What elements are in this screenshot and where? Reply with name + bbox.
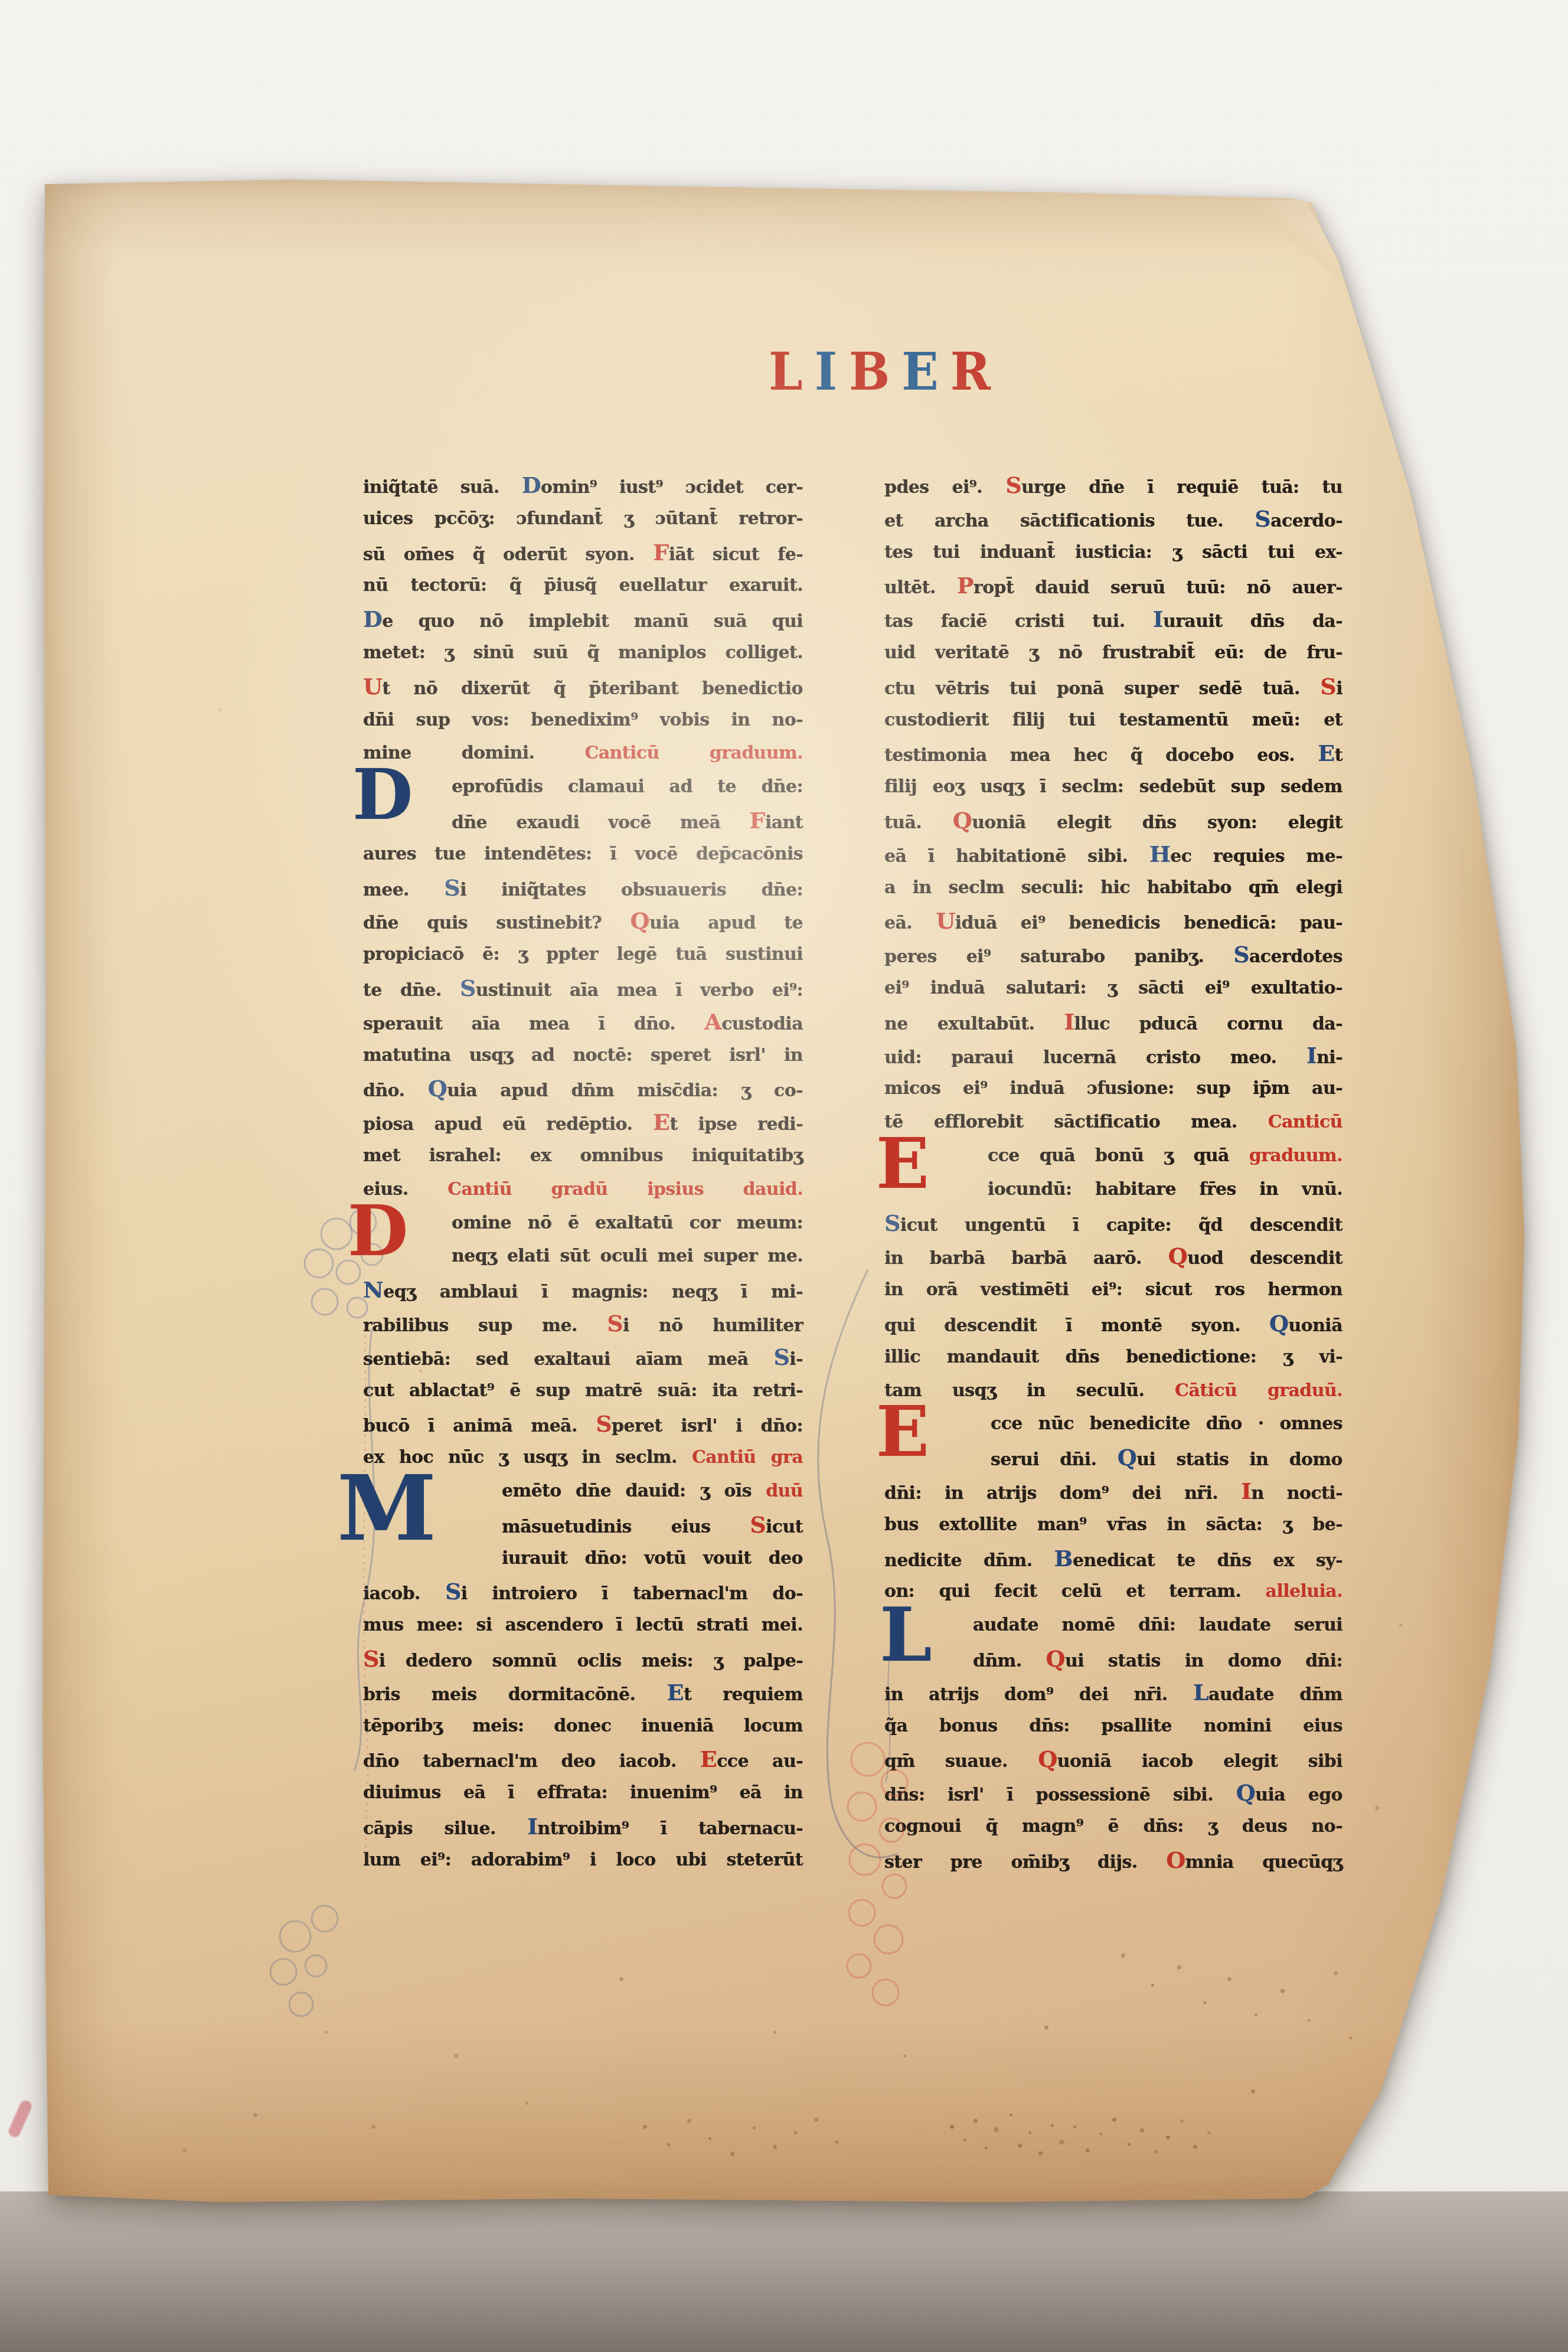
- text-segment: filij eoʒ usqʒ ī seclm: sedebūt sup sede…: [884, 776, 1342, 797]
- text-line: uid veritatē ʒ nō frustrabit̄ eū: de fru…: [884, 636, 1342, 669]
- text-segment: icut ungentū ī capite: q̃d descendit: [900, 1215, 1342, 1236]
- lombard-capital: I: [1241, 1478, 1251, 1504]
- text-segment: ne exultabūt.: [884, 1014, 1064, 1034]
- manuscript-leaf: LIBER iniq̃tatē suā. Domin⁹ iust⁹ ɔcidet…: [41, 177, 1526, 2203]
- rubric-text: Canticū graduum.: [584, 743, 803, 763]
- text-segment: uod descendit: [1187, 1248, 1342, 1269]
- text-segment: ui statis in domo: [1136, 1449, 1342, 1470]
- page-title: Printed Bible leaf — Liber Psalmorum (Ps…: [0, 0, 1, 1]
- lombard-capital: P: [957, 572, 974, 599]
- text-line: mee. Si iniq̃tates obsuaueris dn̄e:: [363, 871, 803, 904]
- text-segment: custodia: [721, 1014, 803, 1034]
- foxing-spots: [41, 177, 44, 180]
- text-line: aures tue intendētes: ī vocē dep̄cacōnis: [363, 837, 803, 871]
- text-segment: rabilibus sup me.: [363, 1315, 607, 1336]
- lombard-capital: S: [444, 874, 460, 901]
- text-segment: audate nomē dn̄i: laudate serui: [973, 1615, 1342, 1635]
- text-segment: eprofūdis clamaui ad te dn̄e:: [452, 776, 803, 797]
- lombard-capital: N: [363, 1276, 383, 1303]
- text-line: dn̄s: isrl' ī possessionē sibi. Quia ego: [884, 1776, 1342, 1809]
- lombard-capital: S: [363, 1645, 379, 1672]
- text-segment: ei⁹ induā salutari: ʒ sācti ei⁹ exultati…: [884, 978, 1342, 998]
- text-line: a in seclm seculi: hic habitabo qm̄ eleg…: [884, 871, 1342, 904]
- text-segment: eqʒ amblaui ī magnis: neqʒ ī mi-: [383, 1282, 803, 1302]
- text-line: sentiebā: sed exaltaui aīam meā Si-: [363, 1340, 803, 1374]
- text-line: piosa apud eū redēptio. Et ipse redi-: [363, 1105, 803, 1139]
- text-segment: iniq̃tatē suā.: [363, 477, 522, 498]
- rubric-text: Cāticū graduū.: [1175, 1380, 1342, 1401]
- lombard-capital: E: [653, 1109, 669, 1135]
- text-segment: ni-: [1317, 1047, 1342, 1068]
- text-segment: te dn̄e.: [363, 980, 460, 1001]
- lombard-capital: Q: [1038, 1746, 1057, 1772]
- text-line: on: qui fecit celū et terram. alleluia.: [884, 1574, 1342, 1608]
- text-segment: cce au-: [717, 1751, 803, 1772]
- rubric-text: Cantiū gradū ipsius dauid.: [447, 1179, 803, 1200]
- rubric-text: graduum.: [1249, 1145, 1342, 1166]
- text-line: ne exultabūt. Illuc pducā cornu da-: [884, 1005, 1342, 1038]
- rubric-text: Canticū: [1268, 1112, 1342, 1132]
- text-segment: eā ī habitationē sibi.: [884, 846, 1149, 867]
- lombard-capital: L: [1193, 1679, 1208, 1706]
- versal-initial-E: E: [876, 1403, 929, 1461]
- text-line: neqʒ elati sūt oculi mei super me.: [363, 1239, 803, 1273]
- text-segment: matutina usqʒ ad noctē: speret isrl' in: [363, 1045, 803, 1066]
- text-segment: mnia quecūqʒ: [1185, 1852, 1342, 1873]
- lombard-capital: F: [653, 539, 668, 566]
- text-segment: peret isrl' i dn̄o:: [612, 1416, 803, 1436]
- text-segment: omine nō ē exaltatū cor meum:: [452, 1213, 803, 1233]
- text-line: testimonia mea hec q̃ docebo eos. Et: [884, 736, 1342, 770]
- text-line: propiciacō ē: ʒ ppter legē tuā sustinui: [363, 937, 803, 971]
- text-segment: eā.: [884, 913, 936, 933]
- text-segment: iurauit dn̄o: votū vouit deo: [502, 1548, 803, 1569]
- text-line: nū tectorū: q̃ p̄iusq̃ euellatur exaruit…: [363, 569, 803, 602]
- text-segment: cāpis silue.: [363, 1818, 527, 1839]
- text-line: dn̄o tabernacl'm deo iacob. Ecce au-: [363, 1742, 803, 1776]
- text-line: qui descendit ī montē syon. Quoniā: [884, 1306, 1342, 1340]
- text-segment: diuimus eā ī effrata: inuenim⁹ eā in: [363, 1782, 803, 1803]
- text-segment: propiciacō ē: ʒ ppter legē tuā sustinui: [363, 944, 803, 965]
- text-line: De quo nō implebit manū suā qui: [363, 602, 803, 636]
- text-line: Ut nō dixerūt q̃ p̄teribant benedictio: [363, 669, 803, 703]
- text-line: dn̄e exaudi vocē meā Fiant: [363, 803, 803, 837]
- text-segment: uia apud te: [649, 913, 803, 933]
- text-segment: tas faciē cristi tui.: [884, 611, 1153, 632]
- lombard-capital: S: [750, 1511, 766, 1538]
- text-line: tam usqʒ in seculū. Cāticū graduū.: [884, 1374, 1342, 1407]
- text-segment: ropt̄ dauid seruū tuū: nō auer-: [974, 577, 1342, 598]
- text-segment: in orā vestimēti ei⁹: sicut ros hermon: [884, 1279, 1342, 1300]
- text-line: diuimus eā ī effrata: inuenim⁹ eā in: [363, 1776, 803, 1809]
- lombard-capital: Q: [1269, 1310, 1289, 1337]
- lombard-capital: I: [1306, 1042, 1317, 1069]
- lombard-capital: Q: [1168, 1243, 1188, 1269]
- text-segment: neqʒ elati sūt oculi mei super me.: [452, 1246, 803, 1266]
- versal-initial-E: E: [876, 1135, 929, 1193]
- text-line: micos ei⁹ induā ɔfusione: sup ip̄m au-: [884, 1072, 1342, 1105]
- text-segment: dn̄m.: [973, 1651, 1046, 1671]
- lombard-capital: Q: [953, 807, 972, 834]
- text-segment: et archa sāctificationis tue.: [884, 511, 1255, 531]
- text-line: serui dn̄i. Qui statis in domo: [884, 1440, 1342, 1474]
- rubric-text: duū: [766, 1481, 803, 1501]
- text-line: tēporibʒ meis: donec inueniā locum: [363, 1709, 803, 1743]
- text-segment: mee.: [363, 880, 444, 900]
- lombard-capital: S: [1255, 505, 1270, 532]
- photograph-of-bible-leaf: Printed Bible leaf — Liber Psalmorum (Ps…: [0, 0, 1568, 2352]
- text-segment: enedicat te dn̄s ex sy-: [1073, 1550, 1342, 1571]
- text-segment: cognoui q̄ magn⁹ ē dn̄s: ʒ deus no-: [884, 1816, 1342, 1837]
- text-segment: ultēt.: [884, 577, 957, 598]
- text-segment: audate dn̄m: [1208, 1684, 1342, 1705]
- text-segment: t nō dixerūt q̃ p̄teribant benedictio: [383, 678, 803, 699]
- text-segment: iant: [765, 812, 803, 833]
- text-line: audate nomē dn̄i: laudate serui: [884, 1608, 1342, 1642]
- text-segment: aures tue intendētes: ī vocē dep̄cacōnis: [363, 844, 803, 864]
- text-line: pdes ei⁹. Surge dn̄e ī requiē tuā: tu: [884, 468, 1342, 502]
- text-segment: dn̄s: isrl' ī possessionē sibi.: [884, 1785, 1236, 1805]
- text-segment: i iniq̃tates obsuaueris dn̄e:: [460, 880, 803, 900]
- text-segment: dn̄o.: [363, 1080, 428, 1101]
- text-segment: nedicite dn̄m.: [884, 1550, 1054, 1571]
- lombard-capital: E: [700, 1746, 717, 1772]
- text-segment: testimonia mea hec q̃ docebo eos.: [884, 745, 1318, 766]
- text-line: et archa sāctificationis tue. Sacerdo-: [884, 502, 1342, 535]
- lombard-capital: S: [884, 1210, 900, 1236]
- text-line: tē efflorebit sāctificatio mea. Canticū: [884, 1105, 1342, 1139]
- text-segment: metet: ʒ sinū suū q̃ maniplos colliget.: [363, 642, 803, 663]
- text-segment: uoniā iacob elegit sibi: [1057, 1751, 1342, 1772]
- text-segment: t requiem: [684, 1684, 803, 1705]
- lombard-capital: I: [527, 1813, 537, 1840]
- text-segment: mus mee: si ascendero ī lectū strati mei…: [363, 1615, 803, 1635]
- text-segment: qui descendit ī montē syon.: [884, 1315, 1269, 1336]
- text-segment: n nocti-: [1252, 1483, 1343, 1504]
- text-segment: māsuetudinis eius: [502, 1517, 750, 1537]
- text-segment: iacob.: [363, 1583, 445, 1604]
- column-left: iniq̃tatē suā. Domin⁹ iust⁹ ɔcidet cer-u…: [363, 468, 803, 1882]
- text-line: bris meis dormitacōnē. Et requiem: [363, 1675, 803, 1709]
- text-line: ultēt. Propt̄ dauid seruū tuū: nō auer-: [884, 569, 1342, 602]
- text-segment: i nō humiliter: [623, 1315, 803, 1336]
- text-segment: peres ei⁹ saturabo panibʒ.: [884, 946, 1233, 967]
- text-line: Sicut ungentū ī capite: q̃d descendit: [884, 1206, 1342, 1240]
- text-segment: dn̄i: in atrijs dom⁹ dei nr̄i.: [884, 1483, 1241, 1504]
- text-line: tes tui induant̄ iusticia: ʒ sācti tui e…: [884, 535, 1342, 569]
- text-segment: tē efflorebit sāctificatio mea.: [884, 1112, 1268, 1132]
- text-segment: bucō ī animā meā.: [363, 1416, 596, 1436]
- text-segment: nū tectorū: q̃ p̄iusq̃ euellatur exaruit…: [363, 575, 803, 596]
- text-line: iniq̃tatē suā. Domin⁹ iust⁹ ɔcidet cer-: [363, 468, 803, 502]
- text-line: cce nūc benedicite dn̄o · omnes: [884, 1407, 1342, 1440]
- text-segment: met israhel: ex omnibus iniquitatibʒ: [363, 1145, 803, 1166]
- text-segment: i introiero ī tabernacl'm do-: [461, 1583, 803, 1604]
- lombard-capital: S: [596, 1410, 612, 1437]
- lombard-capital: D: [363, 606, 382, 632]
- text-line: omine nō ē exaltatū cor meum:: [363, 1206, 803, 1240]
- text-segment: dn̄o tabernacl'm deo iacob.: [363, 1751, 700, 1772]
- text-line: sperauit aīa mea ī dn̄o. Acustodia: [363, 1005, 803, 1038]
- text-line: ctu vētris tui ponā super sedē tuā. Si: [884, 669, 1342, 703]
- lombard-capital: H: [1149, 841, 1170, 867]
- text-segment: cut ablactat⁹ ē sup matrē suā: ita retri…: [363, 1380, 803, 1401]
- lombard-capital: Q: [631, 907, 650, 934]
- text-segment: cce nūc benedicite dn̄o · omnes: [991, 1413, 1342, 1434]
- text-segment: i: [1336, 678, 1342, 699]
- text-segment: micos ei⁹ induā ɔfusione: sup ip̄m au-: [884, 1078, 1342, 1099]
- header-letter: R: [950, 341, 1002, 403]
- text-segment: illic mandauit dn̄s benedictione: ʒ vi-: [884, 1347, 1342, 1367]
- text-segment: iāt sicut fe-: [669, 544, 803, 565]
- text-line: met israhel: ex omnibus iniquitatibʒ: [363, 1139, 803, 1172]
- text-line: Si dedero somnū oclis meis: ʒ palpe-: [363, 1642, 803, 1675]
- lombard-capital: B: [1054, 1545, 1073, 1572]
- lombard-capital: U: [936, 907, 955, 934]
- text-segment: i-: [789, 1349, 803, 1370]
- text-segment: e quo nō implebit manū suā qui: [382, 611, 803, 632]
- running-title: LIBER: [679, 344, 1092, 400]
- text-segment: serui dn̄i.: [991, 1449, 1118, 1470]
- text-segment: in barbā barbā aarō.: [884, 1248, 1168, 1269]
- text-segment: iduā ei⁹ benedicis benedicā: pau-: [955, 913, 1342, 933]
- text-segment: piosa apud eū redēptio.: [363, 1114, 653, 1135]
- lombard-capital: Q: [1046, 1645, 1066, 1672]
- text-segment: a in seclm seculi: hic habitabo qm̄ eleg…: [884, 877, 1342, 898]
- lombard-capital: Q: [1236, 1779, 1256, 1806]
- text-line: dn̄o. Quia apud dn̄m misc̄dia: ʒ co-: [363, 1072, 803, 1105]
- text-line: eā ī habitationē sibi. Hec requies me-: [884, 837, 1342, 871]
- lombard-capital: I: [1153, 606, 1163, 632]
- text-segment: emēto dn̄e dauid: ʒ oīs: [502, 1481, 766, 1501]
- lombard-capital: S: [445, 1578, 461, 1605]
- text-line: Neqʒ amblaui ī magnis: neqʒ ī mi-: [363, 1273, 803, 1306]
- text-segment: custodierit filij tui testamentū meū: et: [884, 710, 1342, 730]
- text-line: q̃a bonus dn̄s: psallite nomini eius: [884, 1709, 1342, 1743]
- text-segment: ec requies me-: [1170, 846, 1342, 867]
- text-line: ei⁹ induā salutari: ʒ sācti ei⁹ exultati…: [884, 971, 1342, 1005]
- text-line: dn̄m. Qui statis in domo dn̄i:: [884, 1642, 1342, 1675]
- text-line: uices pcc̄ōʒ: ɔfundant̄ ʒ ɔūtant̄ retror…: [363, 502, 803, 535]
- text-line: custodierit filij tui testamentū meū: et: [884, 703, 1342, 737]
- text-line: matutina usqʒ ad noctē: speret isrl' in: [363, 1038, 803, 1072]
- text-segment: tēporibʒ meis: donec inueniā locum: [363, 1716, 803, 1736]
- text-line: bus extollite man⁹ vr̄as in sācta: ʒ be-: [884, 1508, 1342, 1541]
- lombard-capital: S: [607, 1310, 623, 1337]
- lombard-capital: I: [1064, 1008, 1074, 1035]
- lombard-capital: E: [667, 1679, 684, 1706]
- lombard-capital: F: [750, 807, 765, 834]
- text-line: filij eoʒ usqʒ ī seclm: sedebūt sup sede…: [884, 770, 1342, 803]
- text-segment: acerdo-: [1270, 511, 1342, 531]
- text-segment: uoniā: [1289, 1315, 1342, 1336]
- corner-fold: [1234, 195, 1358, 301]
- text-segment: dn̄e quis sustinebit?: [363, 913, 631, 933]
- lombard-capital: S: [1320, 673, 1336, 700]
- lombard-capital: E: [1318, 740, 1334, 766]
- text-segment: ntroibim⁹ ī tabernacu-: [538, 1818, 803, 1839]
- text-segment: acerdotes: [1249, 946, 1342, 967]
- text-segment: bus extollite man⁹ vr̄as in sācta: ʒ be-: [884, 1514, 1342, 1535]
- text-segment: uid veritatē ʒ nō frustrabit̄ eū: de fru…: [884, 642, 1342, 663]
- lombard-capital: S: [774, 1344, 790, 1370]
- versal-initial-L: L: [880, 1605, 932, 1665]
- text-line: tuā. Quoniā elegit dn̄s syon: elegit: [884, 803, 1342, 837]
- text-line: illic mandauit dn̄s benedictione: ʒ vi-: [884, 1340, 1342, 1374]
- text-segment: in atrijs dom⁹ dei nr̄i.: [884, 1684, 1193, 1705]
- text-segment: lluc pducā cornu da-: [1074, 1014, 1342, 1034]
- text-segment: sū om̄es q̃ oderūt syon.: [363, 544, 653, 565]
- text-line: bucō ī animā meā. Speret isrl' i dn̄o:: [363, 1407, 803, 1440]
- text-segment: icut: [766, 1517, 803, 1537]
- rubric-text: Cantiū gra: [692, 1447, 803, 1468]
- text-segment: t: [1335, 745, 1342, 766]
- text-segment: cce quā bonū ʒ quā: [988, 1145, 1249, 1166]
- text-line: in orā vestimēti ei⁹: sicut ros hermon: [884, 1273, 1342, 1306]
- lombard-capital: Q: [1118, 1444, 1137, 1471]
- text-segment: bris meis dormitacōnē.: [363, 1684, 667, 1705]
- text-line: tas faciē cristi tui. Iurauit dn̄s da-: [884, 602, 1342, 636]
- text-line: rabilibus sup me. Si nō humiliter: [363, 1306, 803, 1340]
- text-segment: dn̄i sup vos: benedixim⁹ vobis in no-: [363, 710, 803, 730]
- text-line: mine domini. Canticū graduum.: [363, 736, 803, 770]
- text-line: sū om̄es q̃ oderūt syon. Fiāt sicut fe-: [363, 535, 803, 569]
- text-segment: q̃a bonus dn̄s: psallite nomini eius: [884, 1716, 1342, 1736]
- text-line: cut ablactat⁹ ē sup matrē suā: ita retri…: [363, 1374, 803, 1407]
- text-segment: urge dn̄e ī requiē tuā: tu: [1021, 477, 1342, 498]
- text-line: mus mee: si ascendero ī lectū strati mei…: [363, 1608, 803, 1642]
- text-segment: lum ei⁹: adorabim⁹ i loco ubi steterūt: [363, 1850, 803, 1870]
- text-segment: qm̄ suaue.: [884, 1751, 1038, 1772]
- lombard-capital: S: [1233, 941, 1249, 968]
- text-segment: t ipse redi-: [669, 1114, 803, 1135]
- lombard-capital: S: [460, 975, 476, 1001]
- header-letter: E: [901, 341, 950, 403]
- text-line: dn̄e quis sustinebit? Quia apud te: [363, 904, 803, 937]
- text-line: dn̄i sup vos: benedixim⁹ vobis in no-: [363, 703, 803, 737]
- table-surface: [0, 2191, 1568, 2352]
- text-line: eius. Cantiū gradū ipsius dauid.: [363, 1172, 803, 1206]
- lombard-capital: Q: [428, 1075, 447, 1102]
- lombard-capital: A: [704, 1008, 721, 1035]
- parchment-paper: LIBER iniq̃tatē suā. Domin⁹ iust⁹ ɔcidet…: [41, 177, 1526, 2203]
- lombard-capital: U: [363, 673, 383, 700]
- text-segment: ster pre om̄ibʒ dijs.: [884, 1852, 1166, 1873]
- text-segment: omin⁹ iust⁹ ɔcidet cer-: [541, 477, 803, 498]
- text-segment: sperauit aīa mea ī dn̄o.: [363, 1014, 704, 1034]
- versal-initial-D: D: [348, 1203, 408, 1260]
- text-line: eā. Uiduā ei⁹ benedicis benedicā: pau-: [884, 904, 1342, 937]
- text-segment: on: qui fecit celū et terram.: [884, 1581, 1266, 1602]
- text-line: cognoui q̄ magn⁹ ē dn̄s: ʒ deus no-: [884, 1809, 1342, 1843]
- text-line: uid: paraui lucernā cristo meo. Ini-: [884, 1038, 1342, 1072]
- text-line: nedicite dn̄m. Benedicat te dn̄s ex sy-: [884, 1541, 1342, 1575]
- text-segment: ctu vētris tui ponā super sedē tuā.: [884, 678, 1320, 699]
- text-segment: i dedero somnū oclis meis: ʒ palpe-: [379, 1651, 803, 1671]
- text-line: peres ei⁹ saturabo panibʒ. Sacerdotes: [884, 937, 1342, 971]
- text-segment: ustinuit aīa mea ī verbo ei⁹:: [476, 980, 803, 1001]
- text-line: cce quā bonū ʒ quā graduum.: [884, 1139, 1342, 1172]
- text-segment: uoniā elegit dn̄s syon: elegit: [972, 812, 1342, 833]
- text-line: iacob. Si introiero ī tabernacl'm do-: [363, 1574, 803, 1608]
- rubric-text: alleluia.: [1266, 1581, 1342, 1602]
- lombard-capital: O: [1166, 1847, 1185, 1873]
- lombard-capital: D: [522, 472, 541, 498]
- lombard-capital: S: [1005, 472, 1021, 498]
- text-line: in atrijs dom⁹ dei nr̄i. Laudate dn̄m: [884, 1675, 1342, 1709]
- text-segment: sentiebā: sed exaltaui aīam meā: [363, 1349, 774, 1370]
- versal-initial-D: D: [352, 766, 413, 824]
- text-segment: tuā.: [884, 812, 953, 833]
- text-segment: uices pcc̄ōʒ: ɔfundant̄ ʒ ɔūtant̄ retror…: [363, 508, 803, 529]
- header-letter: I: [815, 341, 849, 403]
- header-letter: L: [769, 341, 815, 403]
- text-line: ster pre om̄ibʒ dijs. Omnia quecūqʒ: [884, 1843, 1342, 1877]
- text-line: in barbā barbā aarō. Quod descendit: [884, 1239, 1342, 1273]
- text-line: lum ei⁹: adorabim⁹ i loco ubi steterūt: [363, 1843, 803, 1877]
- text-segment: uia ego: [1255, 1785, 1342, 1805]
- text-segment: tes tui induant̄ iusticia: ʒ sācti tui e…: [884, 542, 1342, 563]
- text-segment: urauit dn̄s da-: [1163, 611, 1342, 632]
- text-line: metet: ʒ sinū suū q̃ maniplos colliget.: [363, 636, 803, 669]
- text-line: te dn̄e. Sustinuit aīa mea ī verbo ei⁹:: [363, 971, 803, 1005]
- text-line: eprofūdis clamaui ad te dn̄e:: [363, 770, 803, 803]
- text-line: cāpis silue. Introibim⁹ ī tabernacu-: [363, 1809, 803, 1843]
- header-letter: B: [849, 341, 901, 403]
- text-segment: dn̄e exaudi vocē meā: [452, 812, 750, 833]
- text-segment: uid: paraui lucernā cristo meo.: [884, 1047, 1306, 1068]
- text-line: iocundū: habitare fr̄es in vnū.: [884, 1172, 1342, 1206]
- text-line: dn̄i: in atrijs dom⁹ dei nr̄i. In nocti-: [884, 1474, 1342, 1508]
- text-segment: ui statis in domo dn̄i:: [1065, 1651, 1342, 1671]
- text-segment: iocundū: habitare fr̄es in vnū.: [988, 1179, 1342, 1200]
- text-line: qm̄ suaue. Quoniā iacob elegit sibi: [884, 1742, 1342, 1776]
- column-right: pdes ei⁹. Surge dn̄e ī requiē tuā: tuet …: [884, 468, 1342, 1882]
- text-segment: pdes ei⁹.: [884, 477, 1005, 498]
- versal-initial-M: M: [337, 1472, 436, 1546]
- red-pencil-smudge: [6, 2099, 33, 2139]
- text-segment: uia apud dn̄m misc̄dia: ʒ co-: [447, 1080, 803, 1101]
